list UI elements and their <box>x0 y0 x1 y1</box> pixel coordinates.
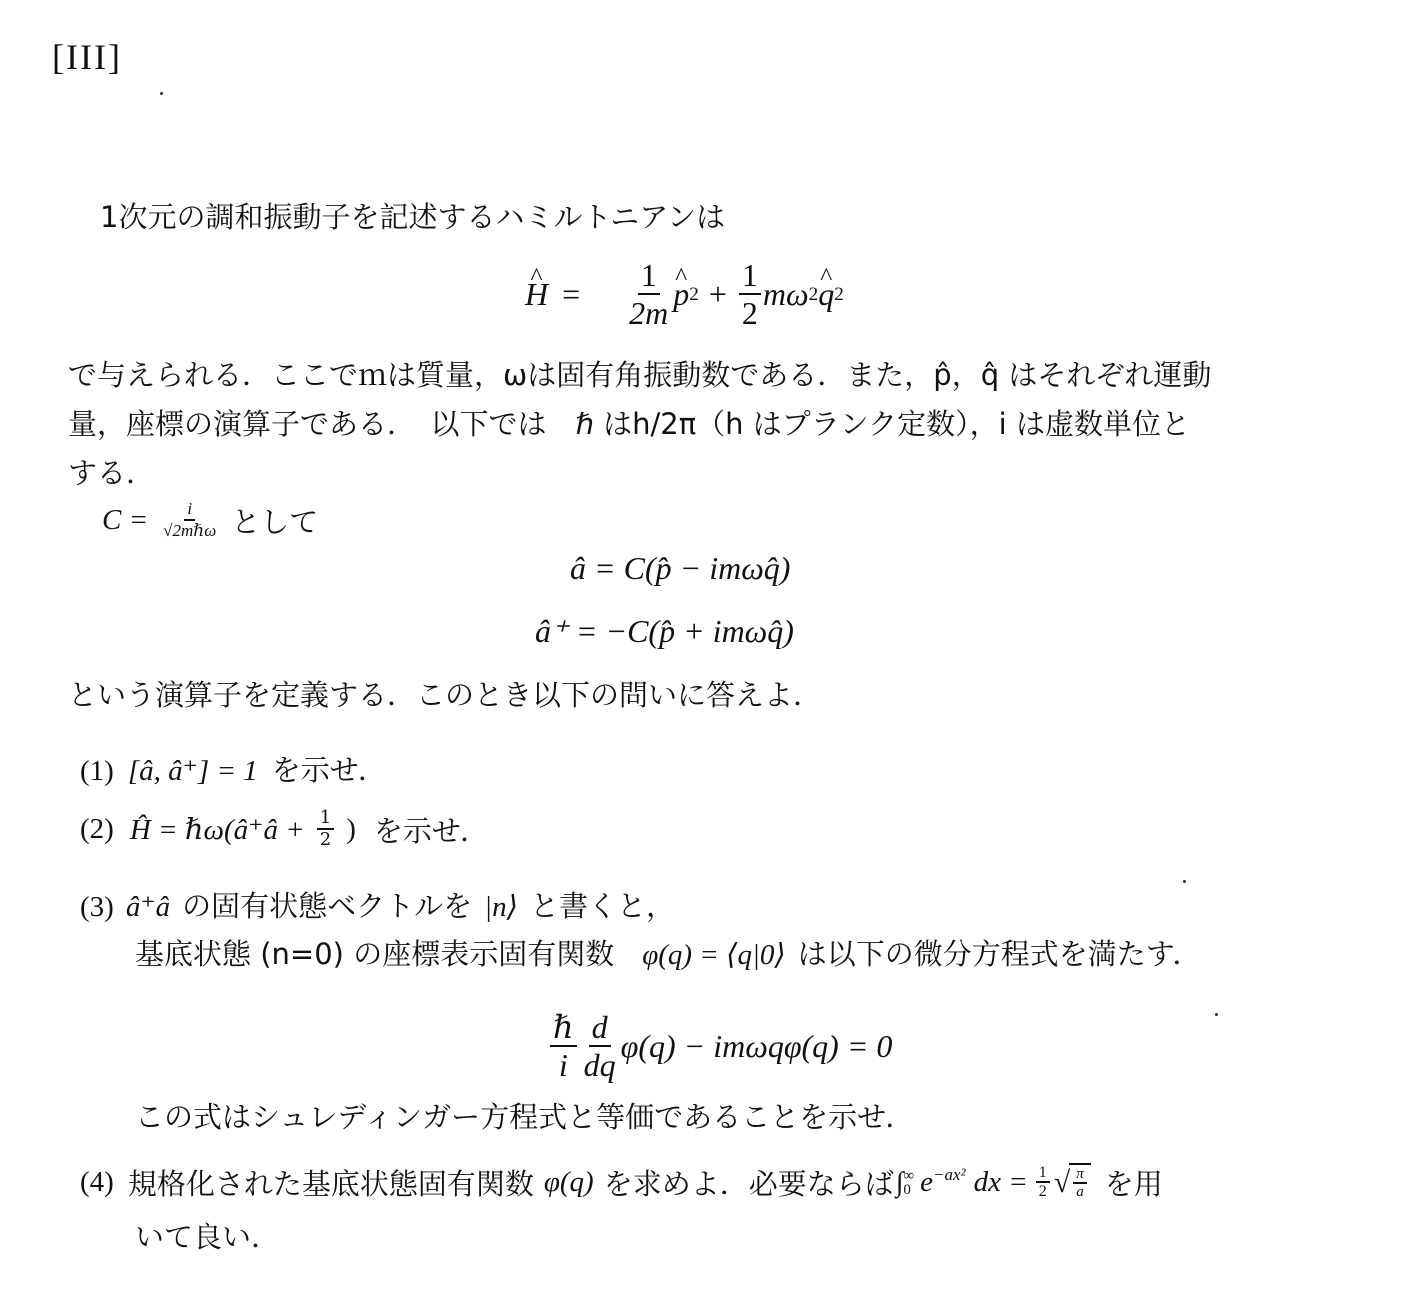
exp-exponent: −ax² <box>933 1165 966 1185</box>
d-over-dq: d dq <box>581 1010 619 1084</box>
equals-sign: = <box>562 276 580 313</box>
question-4-text-a: 規格化された基底状態固有関数 <box>128 1162 534 1203</box>
equation-rest: φ(q) − imωqφ(q) = 0 <box>621 1028 893 1065</box>
exp-base: e <box>920 1166 933 1199</box>
differential-equation: ℏ i d dq φ(q) − imωqφ(q) = 0 <box>548 1010 892 1084</box>
question-2: (2) Ĥ = ℏω(â⁺â + 1 2 ) を示せ． <box>80 808 489 850</box>
wavefunction: φ(q) <box>544 1166 594 1199</box>
question-2-math-rhs: ) <box>346 813 356 846</box>
question-4-line-2: いて良い． <box>135 1218 280 1256</box>
intro-line-1: 1次元の調和振動子を記述するハミルトニアンは <box>100 198 725 236</box>
question-2-label: (2) <box>80 813 114 846</box>
fraction-1-over-2m: 1 2m <box>626 258 671 332</box>
dx-equals: dx = <box>974 1166 1028 1199</box>
sqrt-content: π a <box>1069 1163 1091 1201</box>
question-1-text: を示せ． <box>272 748 387 789</box>
half-fraction: 1 2 <box>1036 1164 1050 1202</box>
question-3-operator: â⁺â <box>126 889 170 924</box>
sqrt-sign: √ <box>1054 1166 1070 1200</box>
position-operator: q <box>818 276 834 313</box>
intro-line-2: で与えられる．ここでｍは質量，ωは固有角振動数である．また，p̂，q̂ はそれぞ… <box>68 356 1211 394</box>
scan-speck <box>160 92 163 95</box>
c-definition: C = i √2mℏω として <box>102 500 318 541</box>
ket-n: |n⟩ <box>484 889 518 924</box>
question-3-text-d: は以下の微分方程式を満たす． <box>798 932 1202 973</box>
question-2-math-lhs: Ĥ = ℏω(â⁺â + <box>130 812 305 847</box>
m-omega: mω <box>763 276 809 313</box>
question-3-label: (3) <box>80 891 114 924</box>
plus-sign: + <box>709 276 727 313</box>
question-3-text-b: と書くと， <box>530 884 675 925</box>
question-3-text-c: 基底状態 (n=0) の座標表示固有関数 <box>135 932 614 973</box>
question-1: (1) [â, â⁺] = 1 を示せ． <box>80 748 387 789</box>
hamiltonian-symbol: H <box>525 276 548 313</box>
c-suffix: として <box>231 500 318 541</box>
fraction-1-over-2: 1 2 <box>739 258 761 332</box>
c-fraction: i √2mℏω <box>160 500 219 540</box>
question-4-text-c: を用 <box>1105 1162 1163 1203</box>
hbar-over-i: ℏ i <box>550 1010 577 1084</box>
question-4-text-b: を求めよ．必要ならば <box>604 1162 894 1203</box>
momentum-operator: p <box>673 276 689 313</box>
question-3-line-2: 基底状態 (n=0) の座標表示固有関数 φ(q) = ⟨q|0⟩ は以下の微分… <box>135 932 1201 973</box>
c-lhs: C = <box>102 504 148 537</box>
question-1-label: (1) <box>80 755 114 788</box>
annihilation-operator-equation: â = C(p̂ − imωq̂) <box>570 550 790 587</box>
question-3-text-a: の固有状態ベクトルを <box>182 884 472 925</box>
question-1-math: [â, â⁺] = 1 <box>128 753 258 788</box>
section-label: [III] <box>52 36 122 78</box>
creation-operator-equation: â⁺ = −C(p̂ + imωq̂) <box>535 612 794 650</box>
question-3-line-3: この式はシュレディンガー方程式と等価であることを示せ． <box>135 1098 914 1136</box>
hamiltonian-equation: H = 1 2m p2 + 1 2 mω2 q2 <box>525 258 844 332</box>
question-3-line-1: (3) â⁺â の固有状態ベクトルを |n⟩ と書くと， <box>80 884 675 925</box>
integral-limits: ∞ 0 <box>903 1169 914 1197</box>
question-4-label: (4) <box>80 1166 114 1199</box>
integral-sign: ∫ <box>896 1167 904 1199</box>
intro-line-4: する． <box>68 454 155 492</box>
question-2-text: を示せ． <box>374 809 489 850</box>
intro-line-5: という演算子を定義する．このとき以下の問いに答えよ． <box>68 676 822 714</box>
wavefunction-def: φ(q) = ⟨q|0⟩ <box>642 937 786 972</box>
question-2-half: 1 2 <box>317 808 334 850</box>
gaussian-integral: ∫ ∞ 0 e−ax² dx = 1 2 √ π a <box>896 1163 1091 1201</box>
scan-speck <box>1183 880 1186 883</box>
scan-speck <box>1215 1013 1218 1016</box>
question-4-line-1: (4) 規格化された基底状態固有関数 φ(q) を求めよ．必要ならば ∫ ∞ 0… <box>80 1162 1163 1203</box>
lower-limit: 0 <box>903 1183 914 1197</box>
upper-limit: ∞ <box>903 1169 914 1183</box>
intro-line-3: 量，座標の演算子である． 以下では ℏ はh/2π（h はプランク定数），i は… <box>68 405 1190 443</box>
